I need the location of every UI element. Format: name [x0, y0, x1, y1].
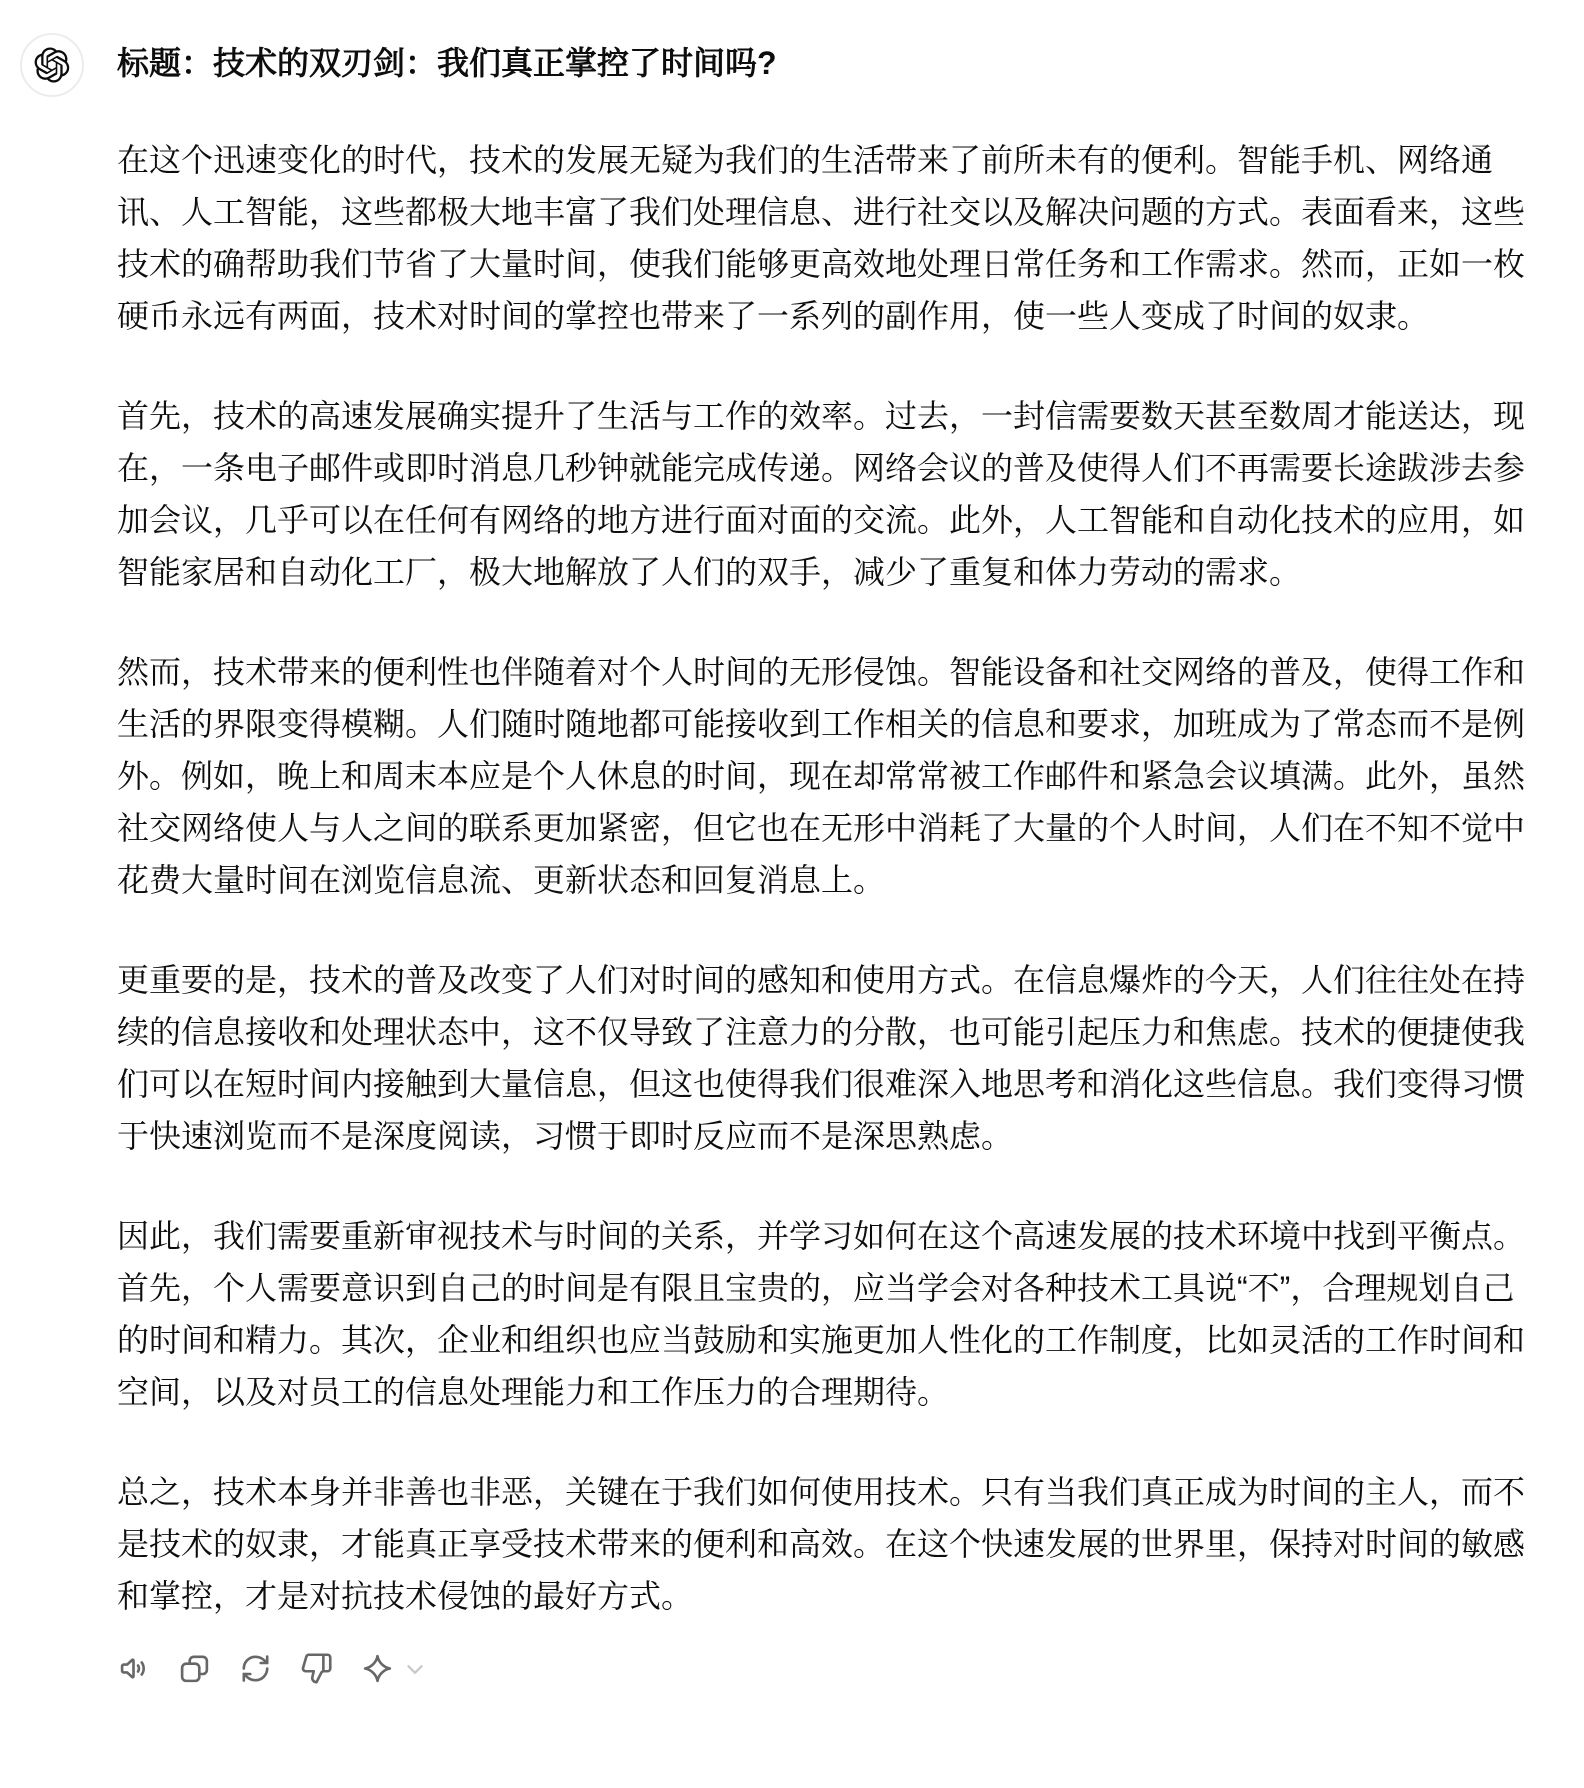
message-paragraph: 首先，技术的高速发展确实提升了生活与工作的效率。过去，一封信需要数天甚至数周才能…: [117, 390, 1540, 598]
chat-transcript: 标题：技术的双刃剑：我们真正掌控了时间吗? 在这个迅速变化的时代，技术的发展无疑…: [0, 0, 1584, 1731]
regenerate-button[interactable]: [233, 1646, 278, 1691]
message-paragraph: 总之，技术本身并非善也非恶，关键在于我们如何使用技术。只有当我们真正成为时间的主…: [117, 1466, 1540, 1622]
chevron-down-icon: [402, 1656, 428, 1682]
openai-logo-icon: [34, 47, 70, 83]
message-paragraph: 然而，技术带来的便利性也伴随着对个人时间的无形侵蚀。智能设备和社交网络的普及，使…: [117, 646, 1540, 906]
copy-button[interactable]: [172, 1646, 217, 1691]
copy-icon: [178, 1652, 211, 1685]
speaker-icon: [117, 1652, 150, 1685]
regenerate-icon: [239, 1652, 272, 1685]
model-options-button[interactable]: [355, 1646, 434, 1691]
sparkle-icon: [361, 1652, 394, 1685]
message-paragraph: 更重要的是，技术的普及改变了人们对时间的感知和使用方式。在信息爆炸的今天，人们往…: [117, 954, 1540, 1162]
read-aloud-button[interactable]: [111, 1646, 156, 1691]
thumbs-down-icon: [300, 1652, 333, 1685]
message-title: 标题：技术的双刃剑：我们真正掌控了时间吗?: [117, 40, 1540, 86]
message-paragraph: 在这个迅速变化的时代，技术的发展无疑为我们的生活带来了前所未有的便利。智能手机、…: [117, 134, 1540, 342]
assistant-avatar: [20, 33, 84, 97]
message-action-bar: [111, 1646, 1540, 1691]
message-content: 标题：技术的双刃剑：我们真正掌控了时间吗? 在这个迅速变化的时代，技术的发展无疑…: [117, 33, 1540, 1691]
message-paragraph: 因此，我们需要重新审视技术与时间的关系，并学习如何在这个高速发展的技术环境中找到…: [117, 1210, 1540, 1418]
assistant-message: 标题：技术的双刃剑：我们真正掌控了时间吗? 在这个迅速变化的时代，技术的发展无疑…: [0, 0, 1584, 1731]
thumbs-down-button[interactable]: [294, 1646, 339, 1691]
